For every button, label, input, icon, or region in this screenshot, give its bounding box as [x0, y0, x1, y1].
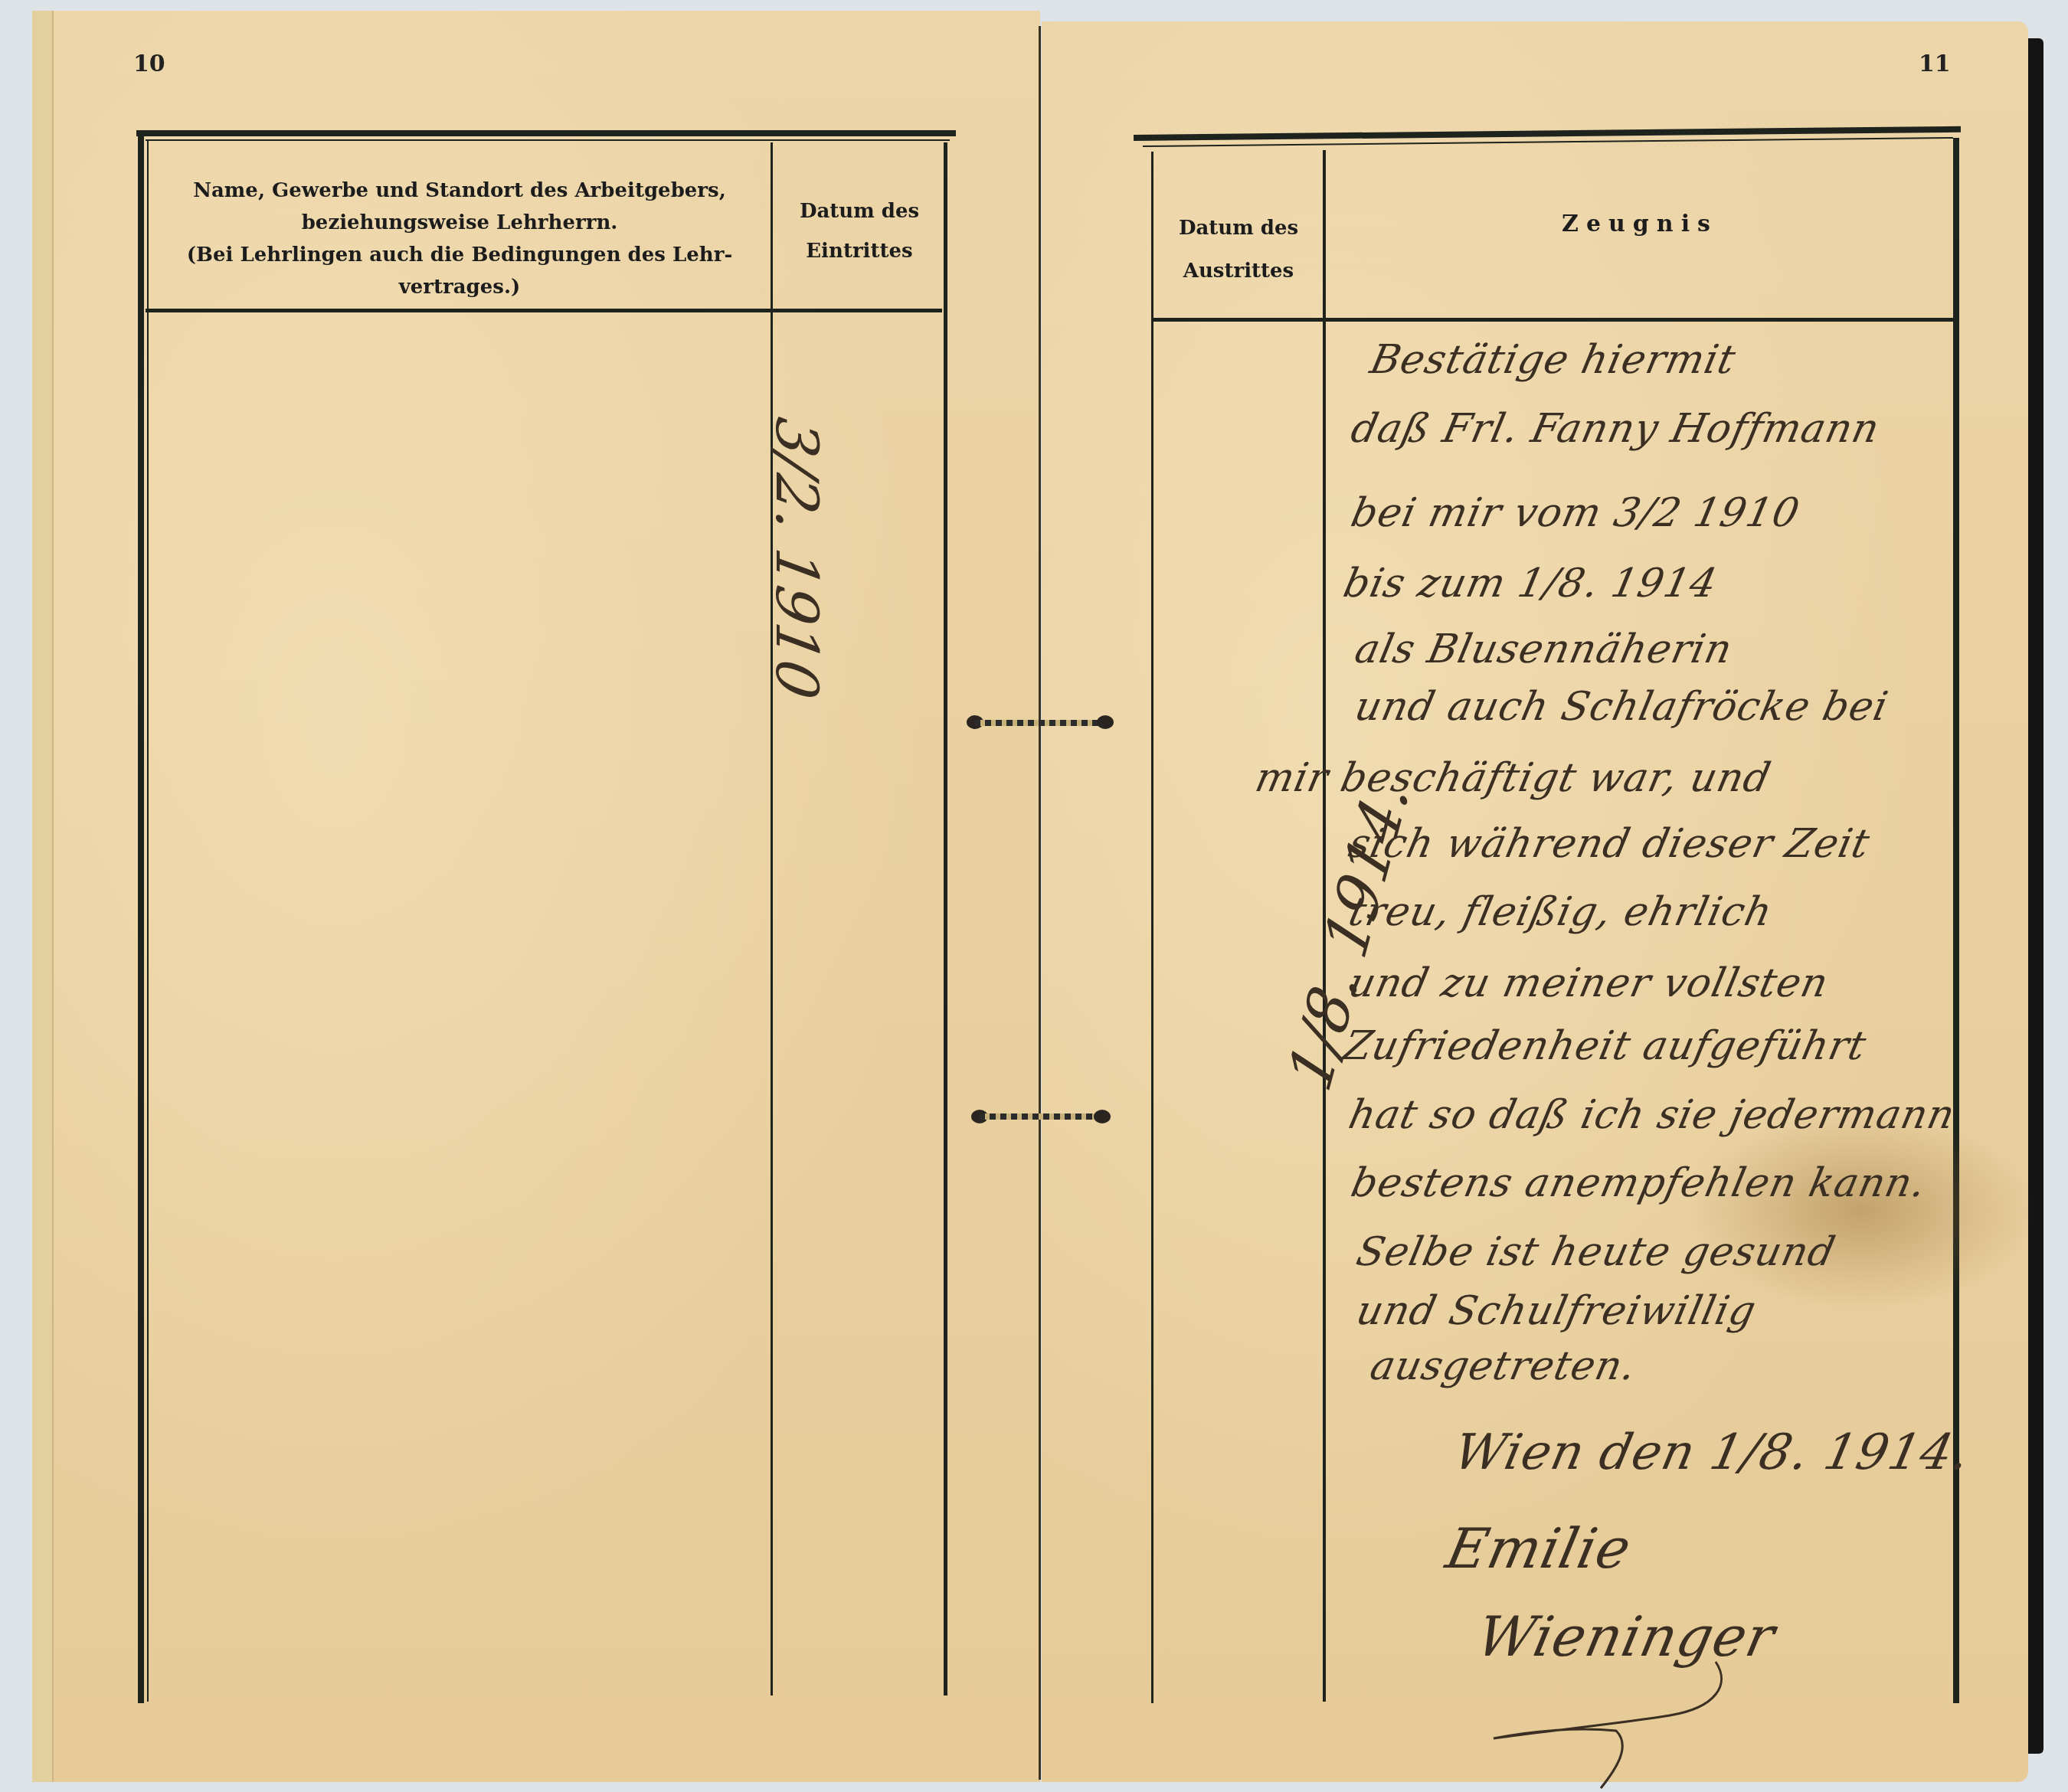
cover-edge-left	[32, 11, 54, 1782]
place-date: Wien den 1/8. 1914.	[1449, 1424, 1975, 1481]
text-line: Selbe ist heute gesund	[1353, 1229, 1840, 1275]
header-line: Name, Gewerbe und Standort des Arbeitgeb…	[153, 175, 766, 207]
signature-flourish	[1486, 1654, 1746, 1792]
employer-column-header: Name, Gewerbe und Standort des Arbeitgeb…	[153, 175, 766, 303]
header-line: (Bei Lehrlingen auch die Bedingungen des…	[153, 239, 766, 271]
table-left-rule	[138, 132, 144, 1703]
text-line: und auch Schlafröcke bei	[1351, 684, 1893, 730]
header-line: Austrittes	[1155, 250, 1322, 293]
header-bottom-rule	[1153, 318, 1953, 322]
header-line: Datum des	[775, 191, 944, 231]
table-left-inner-rule	[147, 139, 149, 1702]
table-top-rule	[136, 130, 956, 136]
text-line: und Schulfreiwillig	[1353, 1288, 1761, 1334]
entry-date-value: 3/2. 1910	[763, 413, 831, 704]
table-top-inner-rule	[146, 139, 950, 141]
header-line: vertrages.)	[153, 271, 766, 303]
text-line: daß Frl. Fanny Hoffmann	[1347, 406, 1884, 452]
table-left-rule	[1151, 152, 1153, 1703]
signature-first-name: Emilie	[1441, 1516, 1637, 1581]
column-divider	[771, 142, 773, 1696]
text-line: ausgetreten.	[1366, 1343, 1641, 1389]
page-number-left: 10	[133, 51, 165, 77]
text-line: sich während dieser Zeit	[1345, 821, 1874, 867]
header-bottom-rule	[146, 309, 942, 312]
text-line: bestens anempfehlen kann.	[1347, 1160, 1931, 1206]
page-number-right: 11	[1919, 51, 1951, 77]
cover-edge-right	[2028, 38, 2043, 1754]
text-line: bis zum 1/8. 1914	[1340, 561, 1722, 607]
text-line: treu, fleißig, ehrlich	[1345, 889, 1777, 935]
text-line: hat so daß ich sie jedermann	[1345, 1092, 1959, 1138]
text-line: Zufriedenheit aufgeführt	[1340, 1023, 1871, 1069]
text-line: mir beschäftigt war, und	[1252, 755, 1775, 801]
header-line: beziehungsweise Lehrherrn.	[153, 207, 766, 239]
entry-date-column-header: Datum des Eintrittes	[775, 191, 944, 271]
exit-date-column-header: Datum des Austrittes	[1155, 207, 1322, 293]
table-right-rule	[944, 142, 947, 1696]
text-line: Bestätige hiermit	[1366, 337, 1740, 383]
testimonial-column-header: Zeugnis	[1329, 211, 1951, 237]
header-line: Eintrittes	[775, 231, 944, 271]
text-line: als Blusennäherin	[1351, 626, 1737, 672]
text-line: und zu meiner vollsten	[1345, 960, 1833, 1006]
header-line: Datum des	[1155, 207, 1322, 250]
book-spine	[1039, 26, 1041, 1780]
text-line: bei mir vom 3/2 1910	[1347, 490, 1804, 536]
water-stain	[1685, 1110, 2037, 1310]
